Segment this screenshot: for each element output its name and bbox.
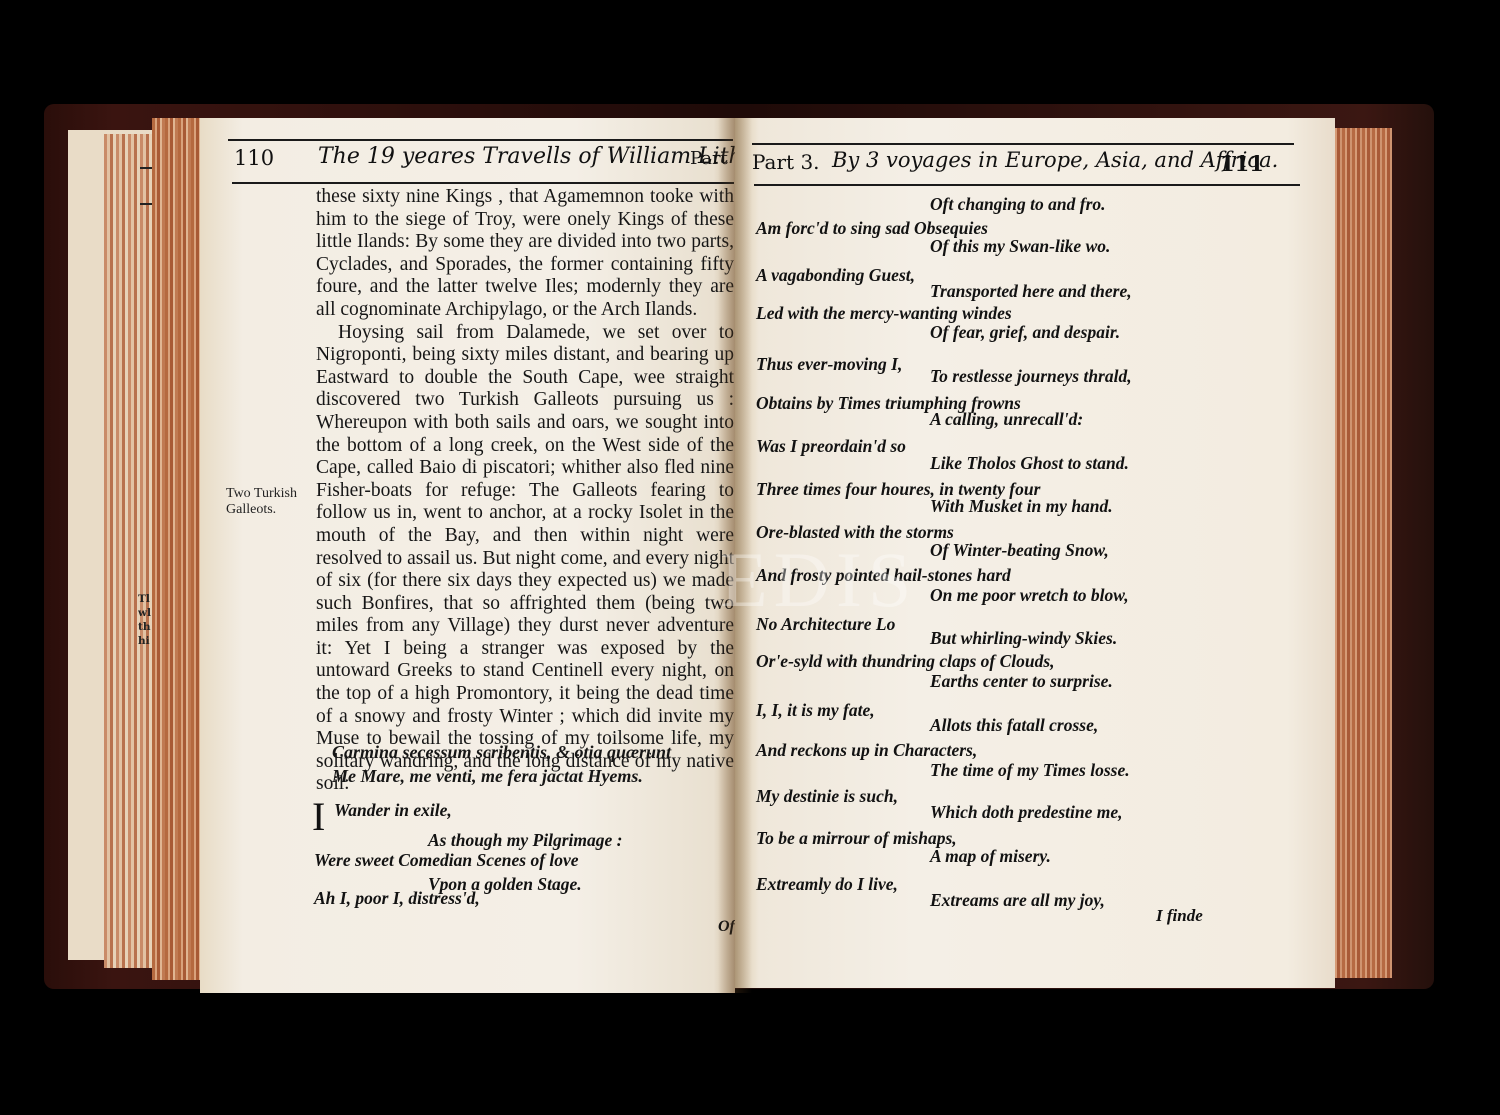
- poem-line: On me poor wretch to blow,: [930, 585, 1129, 606]
- poem-line: With Musket in my hand.: [930, 496, 1113, 517]
- poem-line: Extreamly do I live,: [756, 874, 898, 895]
- poem-line: And reckons up in Characters,: [756, 740, 977, 761]
- poem-line: The time of my Times losse.: [930, 760, 1130, 781]
- poem-line: Or'e-syld with thundring claps of Clouds…: [756, 651, 1055, 672]
- poem-line: I, I, it is my fate,: [756, 700, 875, 721]
- left-page-edges: [152, 118, 202, 980]
- header-rule-top: [228, 139, 733, 141]
- poem-line: A vagabonding Guest,: [756, 265, 915, 286]
- left-body-text: these sixty nine Kings , that Agamemnon …: [316, 186, 734, 796]
- left-page-number: 110: [234, 146, 274, 170]
- poem-line: Allots this fatall crosse,: [930, 715, 1098, 736]
- underlying-margin-fragment: Tl wl th hi: [138, 592, 152, 648]
- drop-cap: I: [312, 793, 325, 840]
- paragraph: these sixty nine Kings , that Agamemnon …: [316, 186, 734, 322]
- poem-line: But whirling-windy Skies.: [930, 628, 1117, 649]
- poem-line: Of fear, grief, and despair.: [930, 322, 1120, 343]
- right-running-head-part: Part 3.: [752, 150, 820, 174]
- poem-line: A calling, unrecall'd:: [930, 409, 1083, 430]
- poem-line: Ah I, poor I, distress'd,: [314, 888, 480, 909]
- poem-line: My destinie is such,: [756, 786, 898, 807]
- margin-note: Two Turkish Galleots.: [226, 486, 297, 518]
- header-rule-top: [752, 143, 1294, 145]
- poem-line: Were sweet Comedian Scenes of love: [314, 850, 579, 871]
- poem-line: Led with the mercy-wanting windes: [756, 303, 1012, 324]
- poem-line: Which doth predestine me,: [930, 802, 1123, 823]
- poem-line: Was I preordain'd so: [756, 436, 906, 457]
- poem-line: Extreams are all my joy,: [930, 890, 1105, 911]
- header-rule-bottom: [754, 184, 1300, 186]
- poem-line: Transported here and there,: [930, 281, 1132, 302]
- poem-line: Thus ever-moving I,: [756, 354, 902, 375]
- poem-line: Of Winter-beating Snow,: [930, 540, 1109, 561]
- right-page-edges: [1332, 128, 1392, 978]
- header-rule-bottom: [232, 182, 734, 184]
- poem-line: A map of misery.: [930, 846, 1051, 867]
- right-catchword: I finde: [1156, 906, 1203, 926]
- poem-line: Wander in exile,: [334, 800, 452, 821]
- poem-line: Like Tholos Ghost to stand.: [930, 453, 1129, 474]
- poem-line: As though my Pilgrimage :: [428, 830, 622, 851]
- poem-line: Oft changing to and fro.: [930, 194, 1106, 215]
- paragraph: Hoysing sail from Dalamede, we set over …: [316, 322, 734, 796]
- poem-line: Earths center to surprise.: [930, 671, 1113, 692]
- poem-line: To restlesse journeys thrald,: [930, 366, 1132, 387]
- watermark: EDIS: [720, 535, 917, 625]
- right-page-number: 111: [1220, 151, 1264, 176]
- right-running-head: By 3 voyages in Europe, Asia, and Affric…: [832, 148, 1278, 172]
- poem-line: To be a mirrour of mishaps,: [756, 828, 957, 849]
- poem-line: Of this my Swan-like wo.: [930, 236, 1110, 257]
- latin-verse: Carmina secessum scribentis, & otia quær…: [332, 740, 671, 788]
